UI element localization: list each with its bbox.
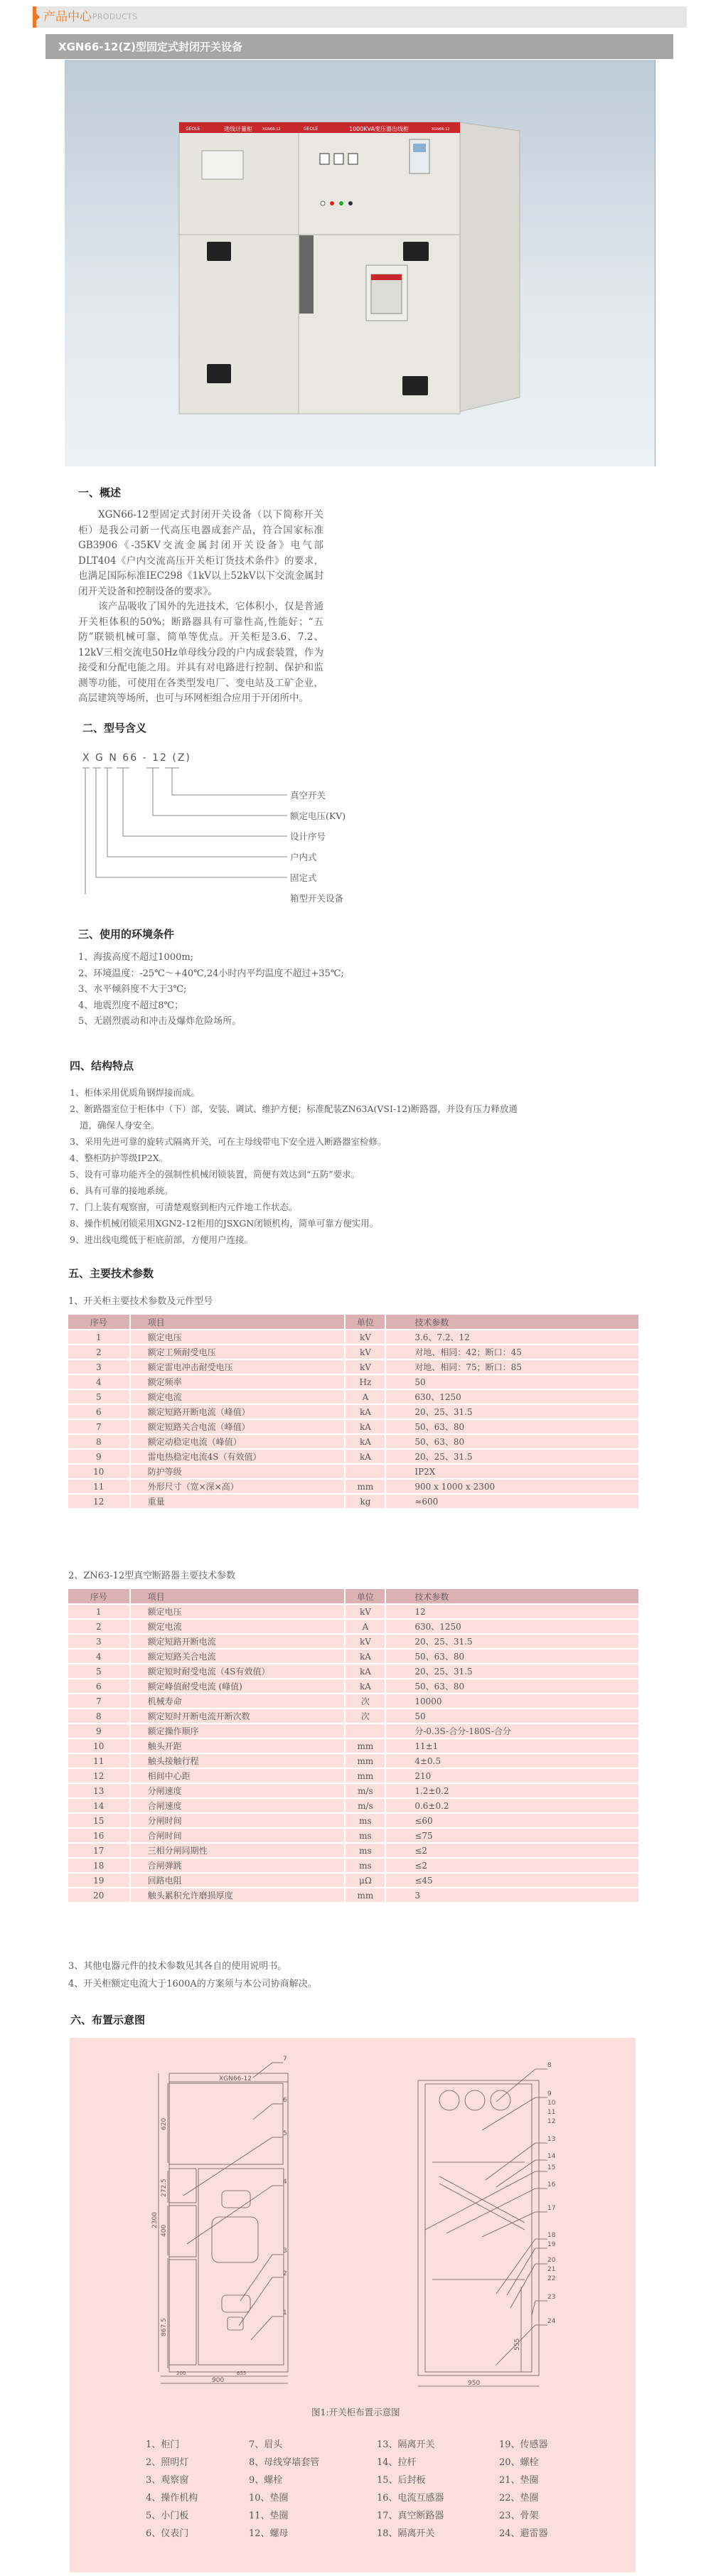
svg-text:13: 13: [547, 2136, 555, 2143]
svg-text:950: 950: [468, 2380, 480, 2387]
table1-caption: 1、开关柜主要技术参数及元件型号: [68, 1293, 213, 1307]
svg-text:15: 15: [547, 2164, 555, 2171]
structure-item: 9、进出线电缆低于柜底前部，方便用户连接。: [70, 1231, 518, 1248]
svg-text:进线计量柜: 进线计量柜: [224, 125, 252, 132]
structure-item: 7、门上装有观察窗，可清楚观察到柜内元件地工作状态。: [70, 1199, 518, 1215]
table-row: 19回路电阻μΩ≤45: [68, 1873, 639, 1888]
meaning-box-type: 箱型开关设备: [290, 892, 343, 904]
section-title-en: PRODUCTS: [92, 12, 137, 21]
overview-paragraph-1: XGN66-12型固定式封闭开关设备（以下简称开关柜）是我公司新一代高压电器成套…: [78, 508, 323, 599]
svg-text:7: 7: [283, 2056, 287, 2063]
structure-list: 1、柜体采用优质角钢焊接而成。 2、断路器室位于柜体中（下）部，安装、调试、维护…: [70, 1084, 518, 1248]
table-row: 5额定电流A630、1250: [68, 1389, 639, 1404]
table-header-row: 序号项目单位技术参数: [68, 1314, 639, 1330]
table-row: 10防护等级IP2X: [68, 1464, 639, 1479]
env-item: 5、无剧烈震动和冲击及爆炸危险场所。: [78, 1014, 344, 1030]
meaning-fixed: 固定式: [290, 871, 317, 884]
env-item: 3、水平倾斜度不大于3℃;: [78, 982, 344, 998]
structure-item: 5、设有可靠功能齐全的强制性机械闭锁装置，简便有效达到“五防”要求。: [70, 1166, 518, 1182]
table-row: 3额定雷电冲击耐受电压kV对地、相同：75；断口：85: [68, 1359, 639, 1374]
legend-column-1: 1、柜门2、照明灯3、观察窗4、操作机构5、小门板6、仪表门: [146, 2436, 198, 2543]
model-meaning-lines: [82, 752, 296, 894]
svg-text:18: 18: [547, 2232, 556, 2239]
meaning-design-no: 设计序号: [290, 830, 326, 843]
svg-text:555: 555: [514, 2339, 521, 2351]
structure-item-cont: 道，确保人身安全。: [70, 1117, 518, 1133]
heading-overview: 一、概述: [78, 485, 121, 500]
svg-text:23: 23: [547, 2294, 555, 2301]
structure-item: 6、具有可靠的接地系统。: [70, 1182, 518, 1199]
structure-item: 2、断路器室位于柜体中（下）部，安装、调试、维护方便；标准配装ZN63A(VSI…: [70, 1101, 518, 1117]
svg-text:200: 200: [176, 2371, 186, 2376]
table2-caption: 2、ZN63-12型真空断路器主要技术参数: [68, 1568, 235, 1581]
meaning-rated-voltage: 额定电压(KV): [290, 809, 346, 822]
table-row: 10触头开距mm11±1: [68, 1738, 639, 1753]
layout-diagram: XGN66-12 7 6 5 4 3 2 1 900 200 655 950 8…: [70, 2038, 636, 2572]
environment-list: 1、海拔高度不超过1000m; 2、环境温度：-25℃～+40℃,24小时内平均…: [78, 950, 344, 1030]
svg-text:655: 655: [237, 2371, 246, 2376]
table-row: 6额定峰值耐受电流 (峰值)kA50、63、80: [68, 1679, 639, 1694]
heading-model-meaning: 二、型号含义: [82, 720, 146, 735]
svg-text:1: 1: [283, 2309, 287, 2316]
table-row: 1额定电压kV3.6、7.2、12: [68, 1330, 639, 1345]
svg-text:272.5: 272.5: [161, 2179, 168, 2197]
svg-text:3: 3: [283, 2248, 287, 2255]
table-row: 9雷电热稳定电流4S（有效值）kA20、25、31.5: [68, 1449, 639, 1464]
table-row: 20触头累积允许磨损厚度mm3: [68, 1888, 639, 1903]
heading-layout: 六、布置示意图: [70, 2012, 145, 2027]
product-photo: GEOLE 进线计量柜 XGN66-12 GEOLE 1000KVA变压器出线柜…: [65, 60, 655, 466]
svg-text:10: 10: [547, 2100, 556, 2107]
table-row: 3额定短路开断电流kV20、25、31.5: [68, 1634, 639, 1649]
svg-text:8: 8: [547, 2062, 552, 2069]
table-row: 2额定电流A630、1250: [68, 1619, 639, 1634]
svg-text:14: 14: [547, 2153, 556, 2160]
table-row: 13分闸速度m/s1.2±0.2: [68, 1783, 639, 1798]
cabinet-layout-drawing: XGN66-12 7 6 5 4 3 2 1 900 200 655 950 8…: [70, 2038, 636, 2464]
table-row: 16合闸时间ms≤75: [68, 1828, 639, 1843]
table-row: 9额定操作顺序分-0.3S-合分-180S-合分: [68, 1723, 639, 1738]
legend-column-2: 7、眉头8、母线穿墙套管9、螺栓10、垫圈11、垫圈12、螺母: [249, 2436, 319, 2543]
svg-text:12: 12: [547, 2118, 555, 2125]
meaning-vacuum-switch: 真空开关: [290, 789, 326, 801]
svg-text:900: 900: [212, 2377, 224, 2384]
svg-text:22: 22: [547, 2275, 555, 2282]
svg-text:6: 6: [283, 2097, 287, 2104]
note-4: 4、开关柜额定电流大于1600A的方案须与本公司协商解决。: [68, 1976, 317, 1989]
overview-paragraph-2: 该产品吸收了国外的先进技术，它体积小，仅是普通开关柜体积的50%；断路器具有可靠…: [78, 599, 323, 707]
table-row: 11触头接触行程mm4±0.5: [68, 1753, 639, 1768]
table-row: 1额定电压kV12: [68, 1604, 639, 1619]
legend-column-4: 19、传感器20、螺栓21、垫圈22、垫圈23、骨架24、避雷器: [499, 2436, 548, 2543]
legend-column-3: 13、隔离开关14、拉杆15、后封板16、电流互感器17、真空断路器18、隔离开…: [377, 2436, 444, 2543]
structure-item: 8、操作机械闭锁采用XGN2-12柜用的JSXGN闭锁机构，简单可靠方便实用。: [70, 1215, 518, 1231]
model-meaning-diagram: X G N 66 - 12 (Z) 真空开关 额定电压(KV) 设计序号 户内式…: [82, 752, 381, 894]
structure-item: 3、采用先进可靠的旋转式隔离开关，可在主母线带电下安全进入断路器室检修。: [70, 1133, 518, 1150]
svg-text:20: 20: [547, 2257, 556, 2264]
svg-text:11: 11: [547, 2109, 555, 2116]
svg-text:17: 17: [547, 2205, 555, 2212]
svg-text:2300: 2300: [151, 2212, 159, 2228]
env-item: 1、海拔高度不超过1000m;: [78, 950, 344, 966]
switchgear-cabinet-image: GEOLE 进线计量柜 XGN66-12 GEOLE 1000KVA变压器出线柜…: [65, 60, 655, 466]
table-row: 8额定短时开断电流开断次数次50: [68, 1709, 639, 1723]
svg-text:9: 9: [547, 2090, 552, 2097]
heading-structure: 四、结构特点: [70, 1058, 134, 1073]
switchgear-params-table: 序号项目单位技术参数 1额定电压kV3.6、7.2、12 2额定工频耐受电压kV…: [67, 1313, 640, 1509]
svg-text:867.5: 867.5: [161, 2318, 168, 2336]
svg-text:620: 620: [161, 2118, 168, 2130]
note-3: 3、其他电器元件的技术参数见其各自的使用说明书。: [68, 1958, 287, 1972]
svg-text:2: 2: [283, 2270, 287, 2277]
svg-text:21: 21: [547, 2266, 555, 2273]
svg-text:5: 5: [283, 2130, 287, 2137]
diagram-caption: 图1:开关柜布置示意图: [311, 2405, 400, 2418]
svg-text:400: 400: [161, 2225, 168, 2237]
svg-text:1000KVA变压器出线柜: 1000KVA变压器出线柜: [349, 125, 409, 132]
svg-text:XGN66-12: XGN66-12: [432, 127, 450, 132]
svg-text:XGN66-12: XGN66-12: [219, 2075, 252, 2083]
parts-legend: 1、柜门2、照明灯3、观察窗4、操作机构5、小门板6、仪表门 7、眉头8、母线穿…: [146, 2436, 587, 2550]
table-row: 7机械寿命次10000: [68, 1694, 639, 1709]
table-row: 7额定短路关合电流（峰值）kA50、63、80: [68, 1419, 639, 1434]
svg-text:GEOLE: GEOLE: [186, 127, 200, 132]
table-row: 18合闸弹跳ms≤2: [68, 1858, 639, 1873]
table-row: 4额定短路关合电流kA50、63、80: [68, 1649, 639, 1664]
section-title-cn: 产品中心: [43, 9, 92, 25]
table-row: 6额定短路开断电流（峰值）kA20、25、31.5: [68, 1404, 639, 1419]
breaker-params-table: 序号项目单位技术参数 1额定电压kV12 2额定电流A630、1250 3额定短…: [67, 1588, 640, 1903]
table-row: 11外形尺寸（宽×深×高）mm900 x 1000 x 2300: [68, 1479, 639, 1494]
structure-item: 4、整柜防护等级IP2X。: [70, 1150, 518, 1166]
svg-text:4: 4: [283, 2179, 287, 2186]
table-row: 15分闸时间ms≤60: [68, 1813, 639, 1828]
table-row: 17三相分闸同期性ms≤2: [68, 1843, 639, 1858]
table-row: 12相间中心距mm210: [68, 1768, 639, 1783]
env-item: 4、地震烈度不超过8℃；: [78, 998, 344, 1015]
table-row: 14合闸速度m/s0.6±0.2: [68, 1798, 639, 1813]
svg-text:16: 16: [547, 2181, 556, 2188]
table-row: 2额定工频耐受电压kV对地、相同：42；断口：45: [68, 1345, 639, 1359]
table-row: 8额定动稳定电流（峰值）kA50、63、80: [68, 1434, 639, 1449]
svg-text:24: 24: [547, 2318, 556, 2325]
header-arrow-icon: [36, 14, 40, 21]
structure-item: 1、柜体采用优质角钢焊接而成。: [70, 1084, 518, 1101]
meaning-indoor: 户内式: [290, 850, 317, 863]
table-row: 4额定频率Hz50: [68, 1374, 639, 1389]
svg-text:XGN66-12: XGN66-12: [262, 127, 281, 132]
heading-environment: 三、使用的环境条件: [78, 926, 174, 941]
product-title: XGN66-12(Z)型固定式封闭开关设备: [58, 40, 242, 54]
heading-tech-params: 五、主要技术参数: [68, 1266, 154, 1281]
svg-text:GEOLE: GEOLE: [304, 127, 318, 132]
table-header-row: 序号项目单位技术参数: [68, 1588, 639, 1604]
table-row: 12重量kg≈600: [68, 1494, 639, 1509]
table-row: 5额定短时耐受电流（4S有效值）kA20、25、31.5: [68, 1664, 639, 1679]
env-item: 2、环境温度：-25℃～+40℃,24小时内平均温度不超过+35℃;: [78, 966, 344, 983]
svg-text:19: 19: [547, 2241, 556, 2248]
